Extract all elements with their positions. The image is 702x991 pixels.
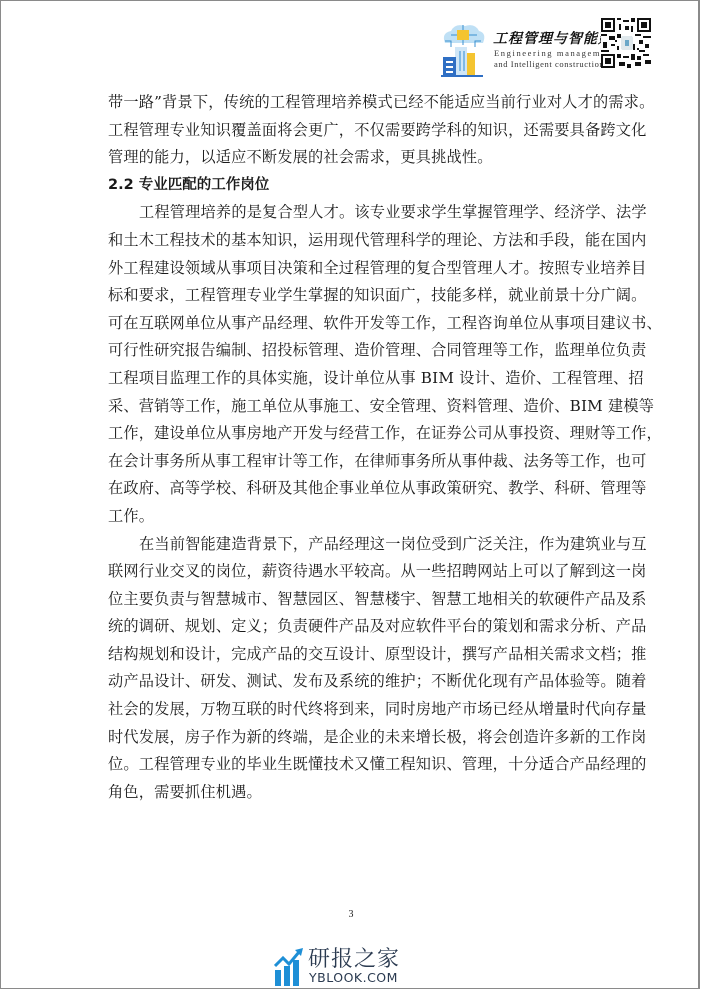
p2-line: 角色，需要抓住机遇。 — [108, 779, 598, 807]
logo-title-en-line1: Engineering management — [494, 48, 616, 58]
paragraph-1: 工程管理培养的是复合型人才。该专业要求学生掌握管理学、经济学、法学 和土木工程技… — [108, 199, 598, 530]
p1-line: 可行性研究报告编制、招投标管理、造价管理、合同管理等工作，监理单位负责 — [108, 337, 598, 365]
p2-line: 结构规划和设计，完成产品的交互设计、原型设计，撰写产品相关需求文档；推 — [108, 641, 598, 669]
p1-line: 在政府、高等学校、科研及其他企事业单位从事政策研究、教学、科研、管理等 — [108, 475, 598, 503]
watermark-text-cn: 研报之家 — [308, 942, 400, 973]
p1-line: 工作，建设单位从事房地产开发与经营工作，在证券公司从事投资、理财等工作， — [108, 420, 598, 448]
p1-line: 和土木工程技术的基本知识，运用现代管理科学的理论、方法和手段，能在国内 — [108, 227, 598, 255]
p2-line: 在当前智能建造背景下，产品经理这一岗位受到广泛关注，作为建筑业与互 — [108, 531, 598, 559]
watermark-text-en: YBLOOK.COM — [309, 970, 398, 985]
logo-title-en-line2: and Intelligent construction — [494, 59, 604, 69]
p1-line: 工程管理培养的是复合型人才。该专业要求学生掌握管理学、经济学、法学 — [108, 199, 598, 227]
section-heading: 2.2 专业匹配的工作岗位 — [108, 172, 598, 200]
page-number: 3 — [1, 909, 701, 920]
document-page: 工程管理与智能建造 Engineering management and Int… — [0, 0, 700, 989]
intro-line-2: 工程管理专业知识覆盖面将会更广，不仅需要跨学科的知识，还需要具备跨文化 — [108, 117, 598, 145]
p2-line: 动产品设计、研发、测试、发布及系统的维护；不断优化现有产品体验等。随着 — [108, 668, 598, 696]
p1-line: 工程项目监理工作的具体实施，设计单位从事 BIM 设计、造价、工程管理、招 — [108, 365, 598, 393]
p1-line: 在会计事务所从事工程审计等工作，在律师事务所从事仲裁、法务等工作，也可 — [108, 448, 598, 476]
watermark-logo[interactable]: 研报之家 YBLOOK.COM — [274, 944, 424, 988]
header-logo: 工程管理与智能建造 Engineering management and Int… — [437, 21, 607, 79]
p2-line: 统的调研、规划、定义；负责硬件产品及对应软件平台的策划和需求分析、产品 — [108, 613, 598, 641]
p2-line: 时代发展，房子作为新的终端，是企业的未来增长极，将会创造许多新的工作岗 — [108, 724, 598, 752]
p2-line: 位主要负责与智慧城市、智慧园区、智慧楼宇、智慧工地相关的软硬件产品及系 — [108, 586, 598, 614]
p1-line: 采、营销等工作，施工单位从事施工、安全管理、资料管理、造价、BIM 建模等 — [108, 393, 598, 421]
p2-line: 社会的发展，万物互联的时代终将到来，同时房地产市场已经从增量时代向存量 — [108, 696, 598, 724]
intro-line-1: 带一路”背景下，传统的工程管理培养模式已经不能适应当前行业对人才的需求。 — [108, 89, 598, 117]
p1-line: 工作。 — [108, 503, 598, 531]
p1-line: 标和要求，工程管理专业学生掌握的知识面广，技能多样，就业前景十分广阔。 — [108, 282, 598, 310]
p1-line: 外工程建设领域从事项目决策和全过程管理的复合型管理人才。按照专业培养目 — [108, 255, 598, 283]
paragraph-2: 在当前智能建造背景下，产品经理这一岗位受到广泛关注，作为建筑业与互 联网行业交叉… — [108, 531, 598, 807]
building-cloud-chip-icon — [437, 21, 489, 77]
p1-line: 可在互联网单位从事产品经理、软件开发等工作，工程咨询单位从事项目建议书、 — [108, 310, 598, 338]
document-body: 带一路”背景下，传统的工程管理培养模式已经不能适应当前行业对人才的需求。 工程管… — [108, 89, 598, 806]
intro-line-3: 管理的能力，以适应不断发展的社会需求，更具挑战性。 — [108, 144, 598, 172]
p2-line: 位。工程管理专业的毕业生既懂技术又懂工程知识、管理，十分适合产品经理的 — [108, 751, 598, 779]
rising-bar-chart-icon — [274, 946, 304, 986]
p2-line: 联网行业交叉的岗位，薪资待遇水平较高。从一些招聘网站上可以了解到这一岗 — [108, 558, 598, 586]
qr-code-icon — [601, 18, 651, 68]
